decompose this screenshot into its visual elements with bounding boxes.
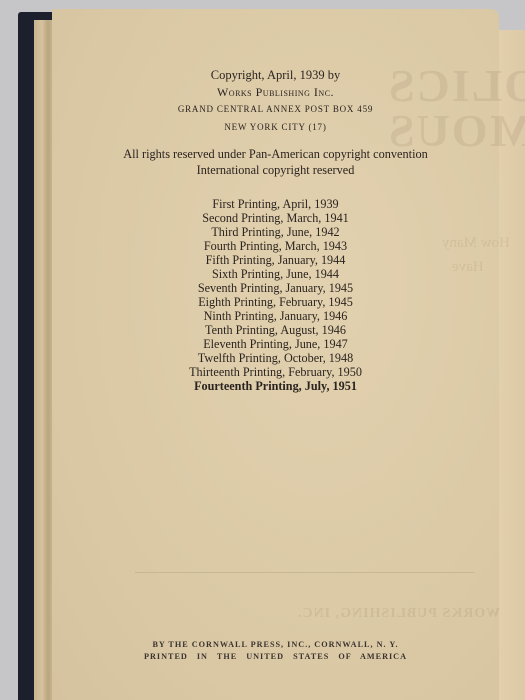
page-text: Copyright, April, 1939 by Works Publishi… [52,0,499,700]
publisher-address: Grand Central Annex Post Box 459 [52,104,499,114]
printing-9: Ninth Printing, January, 1946 [52,309,499,324]
printing-3: Third Printing, June, 1942 [52,225,499,240]
printing-13: Thirteenth Printing, February, 1950 [52,365,499,380]
printing-5: Fifth Printing, January, 1944 [52,253,499,268]
printing-4: Fourth Printing, March, 1943 [52,239,499,254]
footer-printed: Printed in the United States of America [52,652,499,661]
rights-line-2: International copyright reserved [52,163,499,178]
printing-11: Eleventh Printing, June, 1947 [52,337,499,352]
printing-10: Tenth Printing, August, 1946 [52,323,499,338]
footer-press: By The Cornwall Press, Inc., Cornwall, N… [52,640,499,649]
printing-8: Eighth Printing, February, 1945 [52,295,499,310]
copyright-line: Copyright, April, 1939 by [52,68,499,83]
page-stack-edge [34,20,54,700]
printing-14: Fourteenth Printing, July, 1951 [52,379,499,394]
printing-1: First Printing, April, 1939 [52,197,499,212]
publisher-city: New York City (17) [52,122,499,132]
printing-7: Seventh Printing, January, 1945 [52,281,499,296]
rights-line-1: All rights reserved under Pan-American c… [52,147,499,162]
printing-6: Sixth Printing, June, 1944 [52,267,499,282]
printing-2: Second Printing, March, 1941 [52,211,499,226]
publisher-name: Works Publishing Inc. [52,85,499,100]
printing-12: Twelfth Printing, October, 1948 [52,351,499,366]
